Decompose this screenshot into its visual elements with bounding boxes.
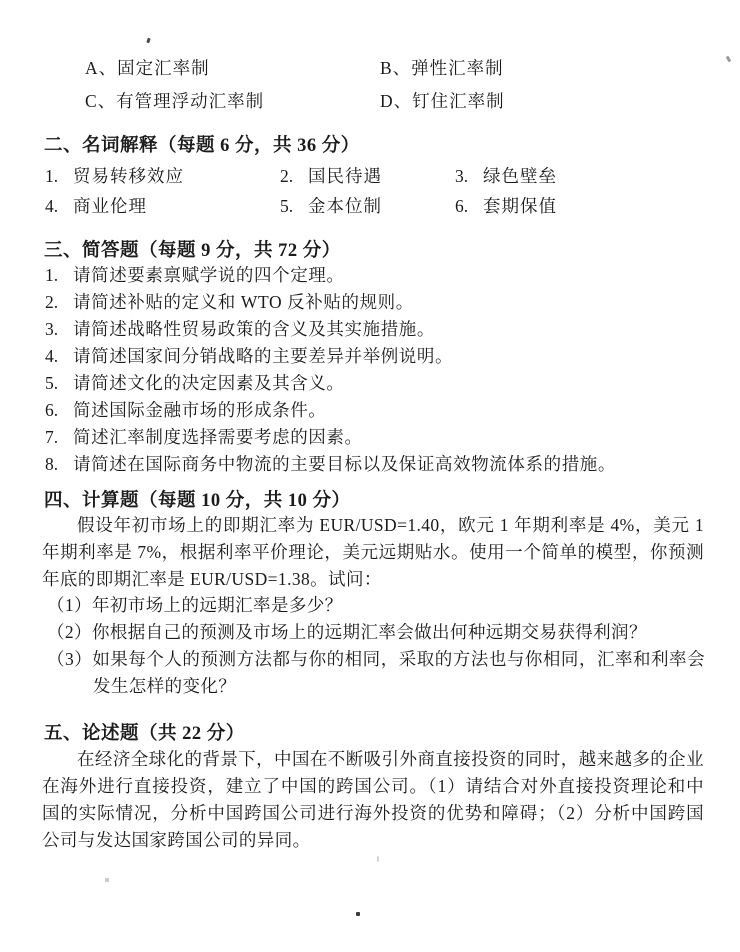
term-text: 贸易转移效应 [73,166,184,186]
scan-artifact-speck [105,878,109,882]
short-answer-item: 8.请简述在国际商务中物流的主要目标以及保证高效物流体系的措施。 [45,451,714,478]
term-number: 6. [455,191,483,221]
item-text: 简述汇率制度选择需要考虑的因素。 [73,427,363,447]
calculation-subquestions: （1）年初市场上的远期汇率是多少？ （2）你根据自己的预测及市场上的远期汇率会做… [47,592,705,700]
term-text: 金本位制 [308,196,382,216]
section-heading-essay: 五、论述题（共 22 分） [44,719,710,745]
item-number: 4. [45,343,73,370]
choice-row: A、固定汇率制 B、弹性汇率制 [85,52,710,85]
term-item: 6.套期保值 [455,191,710,221]
short-answer-item: 3.请简述战略性贸易政策的含义及其实施措施。 [45,316,714,343]
item-text: 请简述战略性贸易政策的含义及其实施措施。 [73,319,435,339]
term-number: 2. [280,161,308,191]
term-number: 1. [45,161,73,191]
item-text: 请简述在国际商务中物流的主要目标以及保证高效物流体系的措施。 [73,454,616,474]
short-answer-item: 4.请简述国家间分销战略的主要差异并举例说明。 [45,343,714,370]
term-item: 4.商业伦理 [45,191,280,221]
item-number: 2. [45,289,73,316]
exam-page: A、固定汇率制 B、弹性汇率制 C、有管理浮动汇率制 D、钉住汇率制 二、名词解… [0,0,740,952]
option-c: C、有管理浮动汇率制 [85,85,380,118]
scan-artifact-speck [356,912,360,916]
short-answer-item: 6.简述国际金融市场的形成条件。 [45,397,714,424]
choice-row: C、有管理浮动汇率制 D、钉住汇率制 [85,85,710,118]
calculation-body: 假设年初市场上的即期汇率为 EUR/USD=1.40，欧元 1 年期利率是 4%… [42,512,704,593]
multiple-choice-options: A、固定汇率制 B、弹性汇率制 C、有管理浮动汇率制 D、钉住汇率制 [85,52,710,118]
option-b: B、弹性汇率制 [380,52,504,85]
item-number: 1. [45,262,73,289]
short-answer-item: 1.请简述要素禀赋学说的四个定理。 [45,262,714,289]
scan-artifact-speck [377,856,379,862]
short-answer-item: 7.简述汇率制度选择需要考虑的因素。 [45,424,714,451]
option-a: A、固定汇率制 [85,52,380,85]
item-number: 6. [45,397,73,424]
item-text: 请简述国家间分销战略的主要差异并举例说明。 [73,346,453,366]
term-text: 国民待遇 [308,166,382,186]
item-text: 请简述文化的决定因素及其含义。 [73,373,345,393]
term-text: 套期保值 [483,196,557,216]
term-text: 绿色壁垒 [483,166,557,186]
scan-artifact-speck [146,38,151,44]
item-number: 8. [45,451,73,478]
section-heading-calculation: 四、计算题（每题 10 分，共 10 分） [44,486,710,512]
calc-subquestion-2: （2）你根据自己的预测及市场上的远期汇率会做出何种远期交易获得利润？ [47,619,705,646]
short-answer-item: 2.请简述补贴的定义和 WTO 反补贴的规则。 [45,289,714,316]
short-answer-item: 5.请简述文化的决定因素及其含义。 [45,370,714,397]
item-text: 请简述补贴的定义和 WTO 反补贴的规则。 [73,292,414,312]
section-heading-short-answer: 三、简答题（每题 9 分，共 72 分） [44,236,710,262]
terms-grid: 1.贸易转移效应 2.国民待遇 3.绿色壁垒 4.商业伦理 5.金本位制 6.套… [45,161,710,221]
term-number: 4. [45,191,73,221]
term-item: 3.绿色壁垒 [455,161,710,191]
term-number: 5. [280,191,308,221]
short-answer-list: 1.请简述要素禀赋学说的四个定理。 2.请简述补贴的定义和 WTO 反补贴的规则… [45,262,714,478]
item-number: 5. [45,370,73,397]
item-text: 请简述要素禀赋学说的四个定理。 [73,265,345,285]
scan-artifact-speck [726,56,732,63]
calc-subquestion-3: （3）如果每个人的预测方法都与你的相同，采取的方法也与你相同，汇率和利率会发生怎… [47,646,705,700]
term-text: 商业伦理 [73,196,147,216]
term-item: 5.金本位制 [280,191,455,221]
essay-body: 在经济全球化的背景下，中国在不断吸引外商直接投资的同时，越来越多的企业在海外进行… [42,746,704,854]
item-number: 3. [45,316,73,343]
term-number: 3. [455,161,483,191]
term-item: 2.国民待遇 [280,161,455,191]
item-text: 简述国际金融市场的形成条件。 [73,400,326,420]
option-d: D、钉住汇率制 [380,85,505,118]
term-item: 1.贸易转移效应 [45,161,280,191]
calc-subquestion-1: （1）年初市场上的远期汇率是多少？ [47,592,705,619]
section-heading-terms: 二、名词解释（每题 6 分，共 36 分） [44,131,710,157]
item-number: 7. [45,424,73,451]
